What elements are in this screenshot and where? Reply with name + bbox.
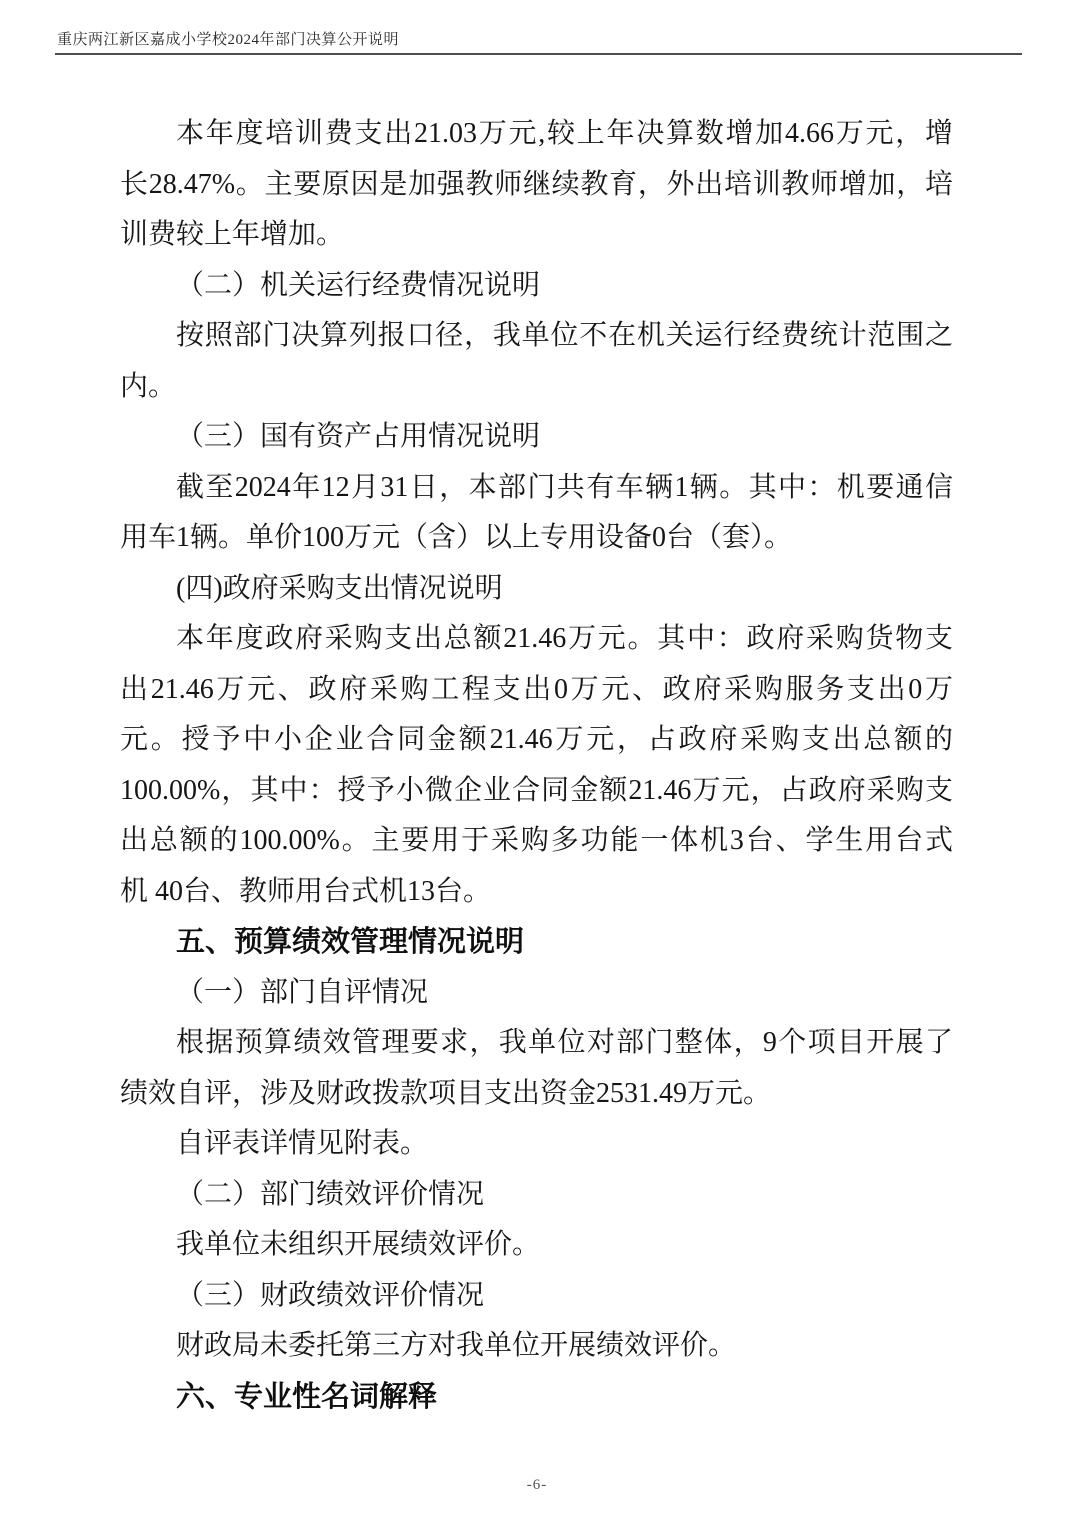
text-line: 绩效自评，涉及财政拨款项目支出资金2531.49万元。 bbox=[120, 1069, 953, 1120]
text-line: （三）财政绩效评价情况 bbox=[120, 1271, 953, 1322]
text-line: 本年度培训费支出21.03万元,较上年决算数增加4.66万元，增 bbox=[120, 109, 953, 160]
text-line: 机 40台、教师用台式机13台。 bbox=[120, 867, 953, 918]
text-line: 内。 bbox=[120, 362, 953, 413]
page-number: -6- bbox=[0, 1477, 1074, 1494]
text-line: 出21.46万元、政府采购工程支出0万元、政府采购服务支出0万 bbox=[120, 665, 953, 716]
text-line: （一）部门自评情况 bbox=[120, 968, 953, 1019]
text-line: 元。授予中小企业合同金额21.46万元，占政府采购支出总额的 bbox=[120, 715, 953, 766]
text-line: 本年度政府采购支出总额21.46万元。其中：政府采购货物支 bbox=[120, 614, 953, 665]
text-line: 长28.47%。主要原因是加强教师继续教育，外出培训教师增加，培 bbox=[120, 160, 953, 211]
text-line: （三）国有资产占用情况说明 bbox=[120, 412, 953, 463]
document-lines: 本年度培训费支出21.03万元,较上年决算数增加4.66万元，增长28.47%。… bbox=[120, 109, 953, 1422]
header-divider-rule bbox=[55, 53, 1022, 55]
text-line: (四)政府采购支出情况说明 bbox=[120, 564, 953, 615]
section-heading: 五、预算绩效管理情况说明 bbox=[120, 917, 953, 968]
page-header-title: 重庆两江新区嘉成小学校2024年部门决算公开说明 bbox=[57, 28, 399, 49]
text-line: 自评表详情见附表。 bbox=[120, 1119, 953, 1170]
text-line: 训费较上年增加。 bbox=[120, 210, 953, 261]
section-heading: 六、专业性名词解释 bbox=[120, 1372, 953, 1423]
document-page: 重庆两江新区嘉成小学校2024年部门决算公开说明 本年度培训费支出21.03万元… bbox=[0, 0, 1074, 1520]
text-line: （二）部门绩效评价情况 bbox=[120, 1170, 953, 1221]
text-line: 用车1辆。单价100万元（含）以上专用设备0台（套）。 bbox=[120, 513, 953, 564]
text-line: 出总额的100.00%。主要用于采购多功能一体机3台、学生用台式 bbox=[120, 816, 953, 867]
text-line: 财政局未委托第三方对我单位开展绩效评价。 bbox=[120, 1321, 953, 1372]
text-line: 按照部门决算列报口径，我单位不在机关运行经费统计范围之 bbox=[120, 311, 953, 362]
text-line: 根据预算绩效管理要求，我单位对部门整体，9个项目开展了 bbox=[120, 1018, 953, 1069]
text-line: 我单位未组织开展绩效评价。 bbox=[120, 1220, 953, 1271]
text-line: 100.00%，其中：授予小微企业合同金额21.46万元，占政府采购支 bbox=[120, 766, 953, 817]
text-line: （二）机关运行经费情况说明 bbox=[120, 261, 953, 312]
text-line: 截至2024年12月31日，本部门共有车辆1辆。其中：机要通信 bbox=[120, 463, 953, 514]
